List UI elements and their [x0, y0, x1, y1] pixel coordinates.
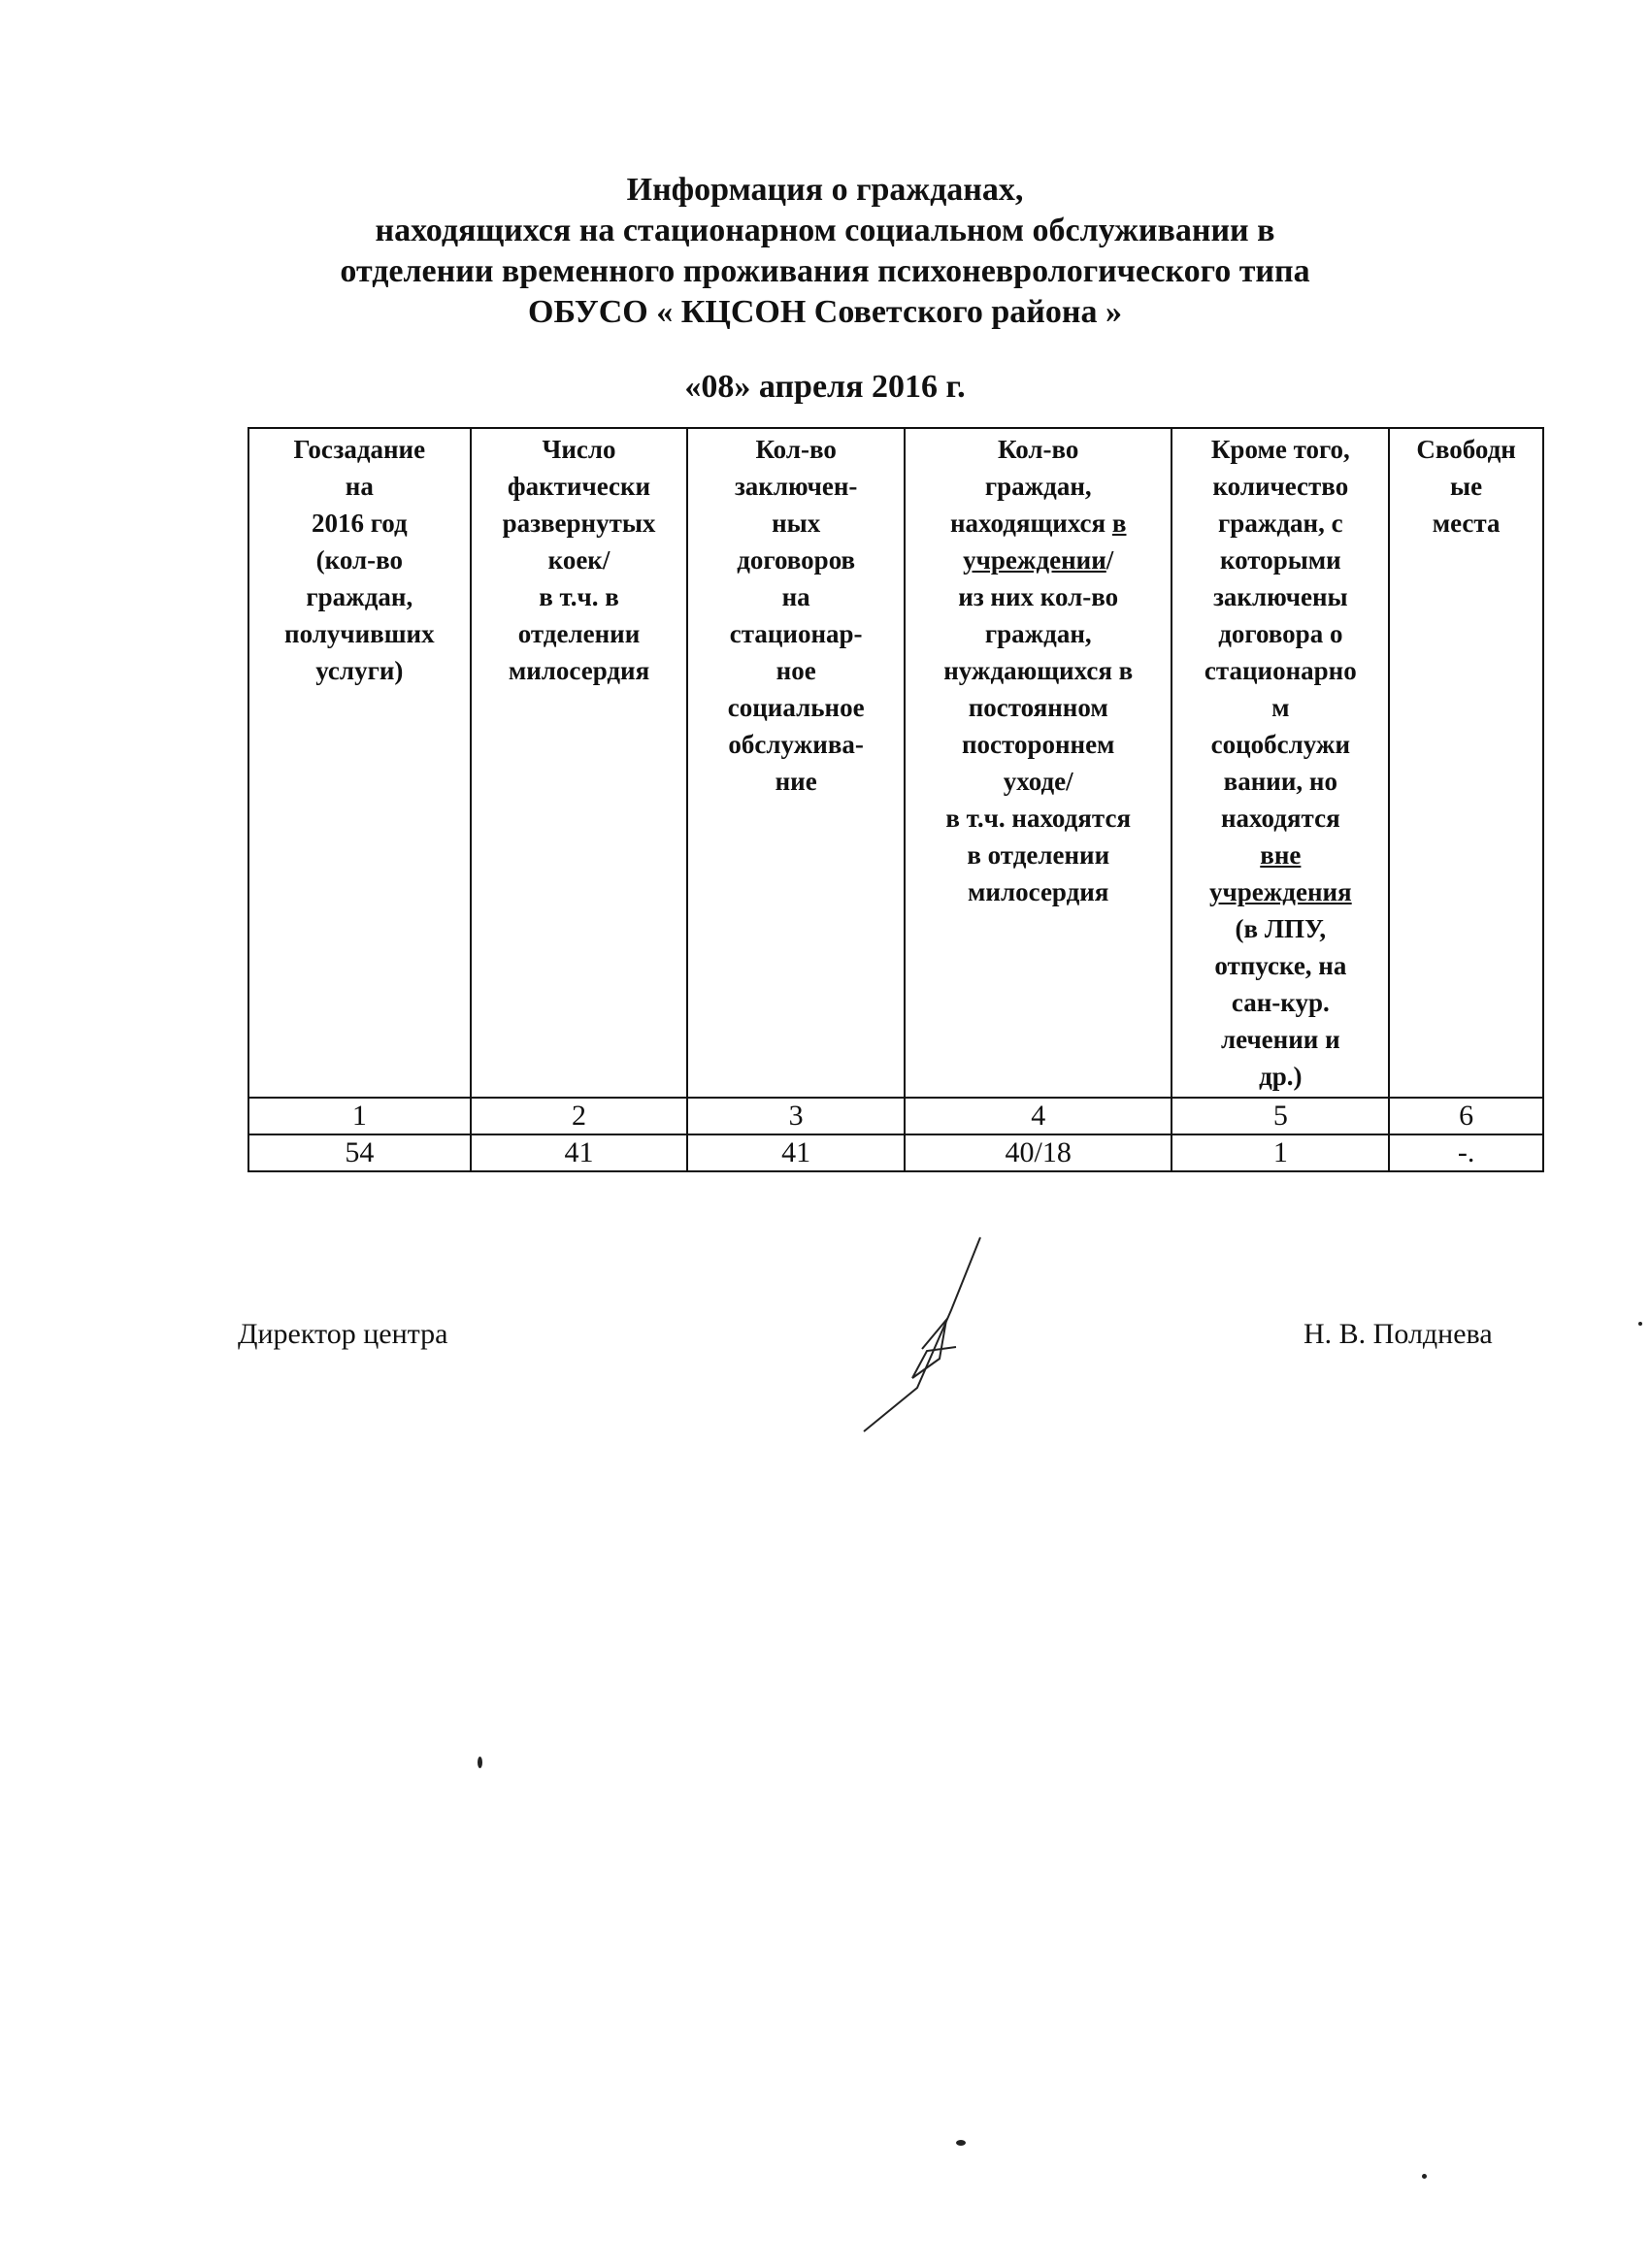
header-line: на	[253, 468, 466, 505]
header-line: учреждения	[1176, 873, 1384, 910]
header-line: места	[1394, 505, 1538, 542]
header-line: лечении и	[1176, 1021, 1384, 1058]
header-line: социальное	[692, 689, 900, 726]
value-cell: 41	[471, 1134, 688, 1171]
header-line: нуждающихся в	[909, 652, 1168, 689]
value-row: 54 41 41 40/18 1 -.	[248, 1134, 1543, 1171]
header-line: коек/	[476, 542, 683, 578]
title-line-4: ОБУСО « КЦСОН Советского района »	[0, 292, 1650, 333]
header-line: на	[692, 578, 900, 615]
value-cell: 54	[248, 1134, 471, 1171]
header-line: договора о	[1176, 615, 1384, 652]
header-line: соцобслужи	[1176, 726, 1384, 763]
handwritten-signature-icon	[854, 1233, 1009, 1436]
header-line: учреждении/	[909, 542, 1168, 578]
header-line: стационар-	[692, 615, 900, 652]
column-index-row: 1 2 3 4 5 6	[248, 1098, 1543, 1134]
header-cell: Кол-возаключен-ныхдоговоровнастационар-н…	[687, 428, 905, 1098]
header-line: Госзадание	[253, 431, 466, 468]
index-cell: 1	[248, 1098, 471, 1134]
header-line: сан-кур.	[1176, 984, 1384, 1021]
index-cell: 6	[1389, 1098, 1543, 1134]
header-line: Кол-во	[909, 431, 1168, 468]
header-line: граждан,	[253, 578, 466, 615]
header-line: постороннем	[909, 726, 1168, 763]
index-cell: 3	[687, 1098, 905, 1134]
header-line: заключены	[1176, 578, 1384, 615]
value-cell: 40/18	[905, 1134, 1172, 1171]
header-line: из них кол-во	[909, 578, 1168, 615]
header-line: Свободн	[1394, 431, 1538, 468]
title-line-1: Информация о гражданах,	[0, 170, 1650, 211]
header-line: ное	[692, 652, 900, 689]
header-line: находящихся в	[909, 505, 1168, 542]
header-line: милосердия	[909, 873, 1168, 910]
header-line: ных	[692, 505, 900, 542]
header-line: Кол-во	[692, 431, 900, 468]
header-line: отпуске, на	[1176, 947, 1384, 984]
header-cell: Кол-вограждан,находящихся вучреждении/из…	[905, 428, 1172, 1098]
header-line: (в ЛПУ,	[1176, 910, 1384, 947]
signatory-position: Директор центра	[238, 1318, 447, 1351]
header-line: граждан,	[909, 615, 1168, 652]
header-line: фактически	[476, 468, 683, 505]
header-line: ые	[1394, 468, 1538, 505]
header-row: Госзаданиена2016 год(кол-вограждан,получ…	[248, 428, 1543, 1098]
signatory-name: Н. В. Полднева	[1303, 1318, 1493, 1351]
header-line: в т.ч. находятся	[909, 800, 1168, 837]
header-line: (кол-во	[253, 542, 466, 578]
header-line: договоров	[692, 542, 900, 578]
document-title: Информация о гражданах, находящихся на с…	[0, 170, 1650, 333]
header-line: граждан, с	[1176, 505, 1384, 542]
header-cell: Кроме того,количествограждан, скоторымиз…	[1171, 428, 1389, 1098]
value-cell: 41	[687, 1134, 905, 1171]
value-cell: -.	[1389, 1134, 1543, 1171]
header-line: милосердия	[476, 652, 683, 689]
header-cell: Свободныеместа	[1389, 428, 1543, 1098]
header-line: Кроме того,	[1176, 431, 1384, 468]
header-line: заключен-	[692, 468, 900, 505]
header-cell: Госзаданиена2016 год(кол-вограждан,получ…	[248, 428, 471, 1098]
header-line: в отделении	[909, 837, 1168, 873]
header-line: ние	[692, 763, 900, 800]
header-line: получивших	[253, 615, 466, 652]
header-line: вне	[1176, 837, 1384, 873]
index-cell: 4	[905, 1098, 1172, 1134]
title-line-3: отделении временного проживания психонев…	[0, 251, 1650, 292]
header-line: постоянном	[909, 689, 1168, 726]
scan-speck	[1638, 1322, 1642, 1326]
header-line: в т.ч. в	[476, 578, 683, 615]
value-cell: 1	[1171, 1134, 1389, 1171]
header-line: др.)	[1176, 1058, 1384, 1095]
header-line: вании, но	[1176, 763, 1384, 800]
scan-speck	[956, 2140, 966, 2146]
header-line: отделении	[476, 615, 683, 652]
header-cell: Числофактическиразвернутыхкоек/в т.ч. во…	[471, 428, 688, 1098]
statistics-table: Госзаданиена2016 год(кол-вограждан,получ…	[247, 427, 1544, 1172]
header-line: уходе/	[909, 763, 1168, 800]
header-line: Число	[476, 431, 683, 468]
header-line: стационарно	[1176, 652, 1384, 689]
header-line: которыми	[1176, 542, 1384, 578]
header-line: количество	[1176, 468, 1384, 505]
header-line: 2016 год	[253, 505, 466, 542]
index-cell: 2	[471, 1098, 688, 1134]
scan-speck	[478, 1757, 482, 1768]
report-date: «08» апреля 2016 г.	[0, 369, 1650, 406]
title-line-2: находящихся на стационарном социальном о…	[0, 211, 1650, 251]
index-cell: 5	[1171, 1098, 1389, 1134]
header-line: развернутых	[476, 505, 683, 542]
header-line: м	[1176, 689, 1384, 726]
header-line: услуги)	[253, 652, 466, 689]
header-line: находятся	[1176, 800, 1384, 837]
scan-speck	[1422, 2174, 1427, 2179]
header-line: обслужива-	[692, 726, 900, 763]
header-line: граждан,	[909, 468, 1168, 505]
